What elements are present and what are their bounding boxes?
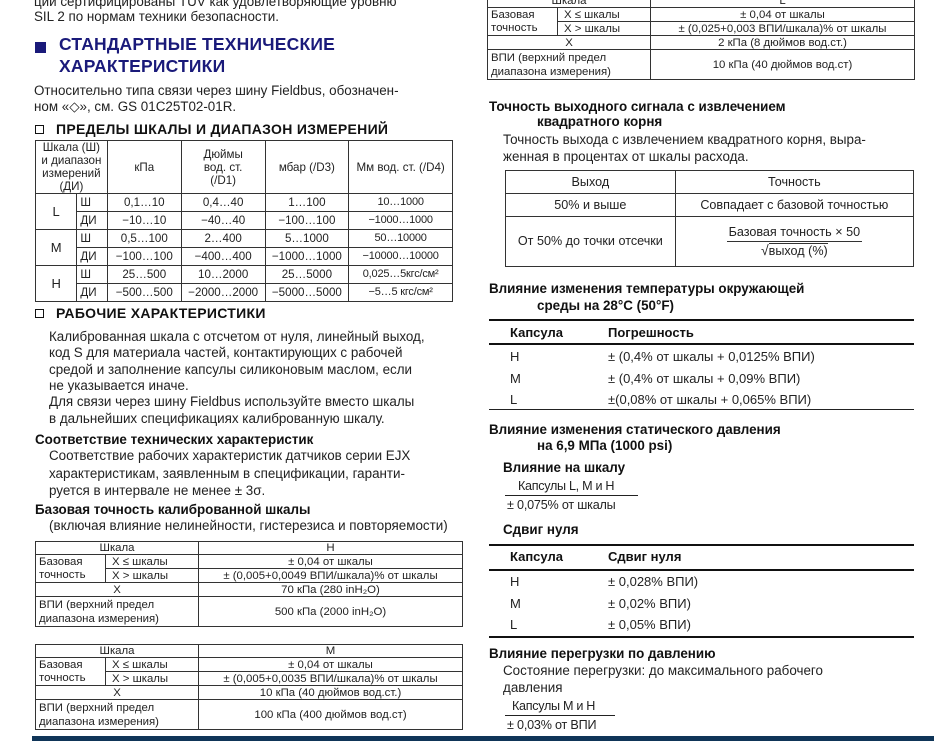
base-accuracy-label: Базовая точность: [488, 8, 558, 36]
inh2o-cell: −2000…2000: [181, 284, 265, 302]
table-row: ДИ−10…10−40…40−100…100−1000…1000: [36, 212, 453, 230]
performance-line: в дальнейших спецификациях калиброванную…: [49, 411, 385, 427]
range-table: Шкала (Ш) и диапазон измерений (ДИ) кПа …: [35, 140, 453, 302]
kpa-cell: −10…10: [107, 212, 181, 230]
capsule-header: M: [199, 645, 463, 658]
x-gt-label: X > шкалы: [558, 22, 651, 36]
inh2o-cell: 10…2000: [181, 266, 265, 284]
url-value: 10 кПа (40 дюймов вод.ст): [651, 50, 915, 80]
mbar-cell: −1000…1000: [265, 248, 349, 266]
row-capsule: H: [510, 574, 519, 590]
row-value: ± 0,02% ВПИ): [608, 596, 691, 612]
range-section-title: ПРЕДЕЛЫ ШКАЛЫ И ДИАПАЗОН ИЗМЕРЕНИЙ: [56, 121, 388, 137]
fieldbus-note-line-2: ном «◇», см. GS 01C25T02-01R.: [34, 99, 236, 115]
table-row: ВПИ (верхний предел диапазона измерения)…: [36, 597, 463, 627]
row-value: ±(0,08% от шкалы + 0,065% ВПИ): [608, 392, 811, 408]
kpa-cell: 25…500: [107, 266, 181, 284]
inh2o-cell: 2…400: [181, 230, 265, 248]
inh2o-cell: 0,4…40: [181, 194, 265, 212]
table-row: ДИ−500…500−2000…2000−5000…5000−5…5 кгс/с…: [36, 284, 453, 302]
mmh2o-cell: 0,025…5кгс/см²: [349, 266, 453, 284]
performance-line: средой и заполнение капсулы силиконовым …: [49, 362, 412, 378]
x-gt-label: X > шкалы: [106, 672, 199, 686]
mbar-cell: 25…5000: [265, 266, 349, 284]
scale-label: Шкала: [36, 645, 199, 658]
fieldbus-note-line-1: Относительно типа связи через шину Field…: [34, 83, 399, 99]
mmh2o-cell: 50…10000: [349, 230, 453, 248]
capsule-cell: L: [36, 194, 77, 230]
table-row: X70 кПа (280 inH₂O): [36, 583, 463, 597]
section-title-line-2: ХАРАКТЕРИСТИКИ: [59, 56, 225, 77]
accuracy-table-h-wrap: ШкалаHБазовая точностьX ≤ шкалы± 0,04 от…: [35, 541, 463, 627]
x-label: X: [36, 583, 199, 597]
output-cell: 50% и выше: [506, 194, 676, 217]
span-effect-value: ± 0,075% от шкалы: [507, 497, 616, 513]
x-le-label: X ≤ шкалы: [106, 658, 199, 672]
row-capsule: L: [510, 617, 517, 633]
range-section-heading: ПРЕДЕЛЫ ШКАЛЫ И ДИАПАЗОН ИЗМЕРЕНИЙ: [35, 121, 388, 138]
accuracy-table-m: ШкалаMБазовая точностьX ≤ шкалы± 0,04 от…: [35, 644, 463, 730]
header-accuracy: Точность: [675, 171, 913, 194]
type-cell: Ш: [77, 230, 107, 248]
header-inh2o: Дюймы вод. ст. (/D1): [181, 141, 265, 194]
kpa-cell: −100…100: [107, 248, 181, 266]
base-accuracy-title: Базовая точность калиброванной шкалы: [35, 502, 310, 518]
temperature-title-line-1: Влияние изменения температуры окружающей: [489, 281, 804, 297]
capsule-cell: H: [36, 266, 77, 302]
kpa-cell: −500…500: [107, 284, 181, 302]
temperature-header-error: Погрешность: [608, 325, 694, 341]
temperature-title-line-2: среды на 28°C (50°F): [537, 298, 674, 314]
formula-numerator: Базовая точность × 50: [727, 226, 863, 242]
conformance-line: руется в интервале не менее ± 3σ.: [49, 483, 265, 499]
conformance-line: характеристикам, заявленным в спецификац…: [49, 466, 405, 482]
x-value: 70 кПа (280 inH₂O): [199, 583, 463, 597]
accuracy-table-m-wrap: ШкалаMБазовая точностьX ≤ шкалы± 0,04 от…: [35, 644, 463, 730]
x-le-label: X ≤ шкалы: [558, 8, 651, 22]
table-rule: [489, 569, 914, 571]
performance-section-title: РАБОЧИЕ ХАРАКТЕРИСТИКИ: [56, 305, 266, 321]
span-effect-header: Капсулы L, M и H: [518, 478, 614, 494]
accuracy-table-l: ШкалаLБазовая точностьX ≤ шкалы± 0,04 от…: [487, 0, 915, 80]
section-title-line-1: СТАНДАРТНЫЕ ТЕХНИЧЕСКИЕ: [59, 34, 335, 55]
row-capsule: M: [510, 596, 521, 612]
mmh2o-cell: −1000…1000: [349, 212, 453, 230]
base-accuracy-label: Базовая точность: [36, 658, 106, 686]
zero-shift-title: Сдвиг нуля: [503, 522, 579, 538]
row-value: ± (0,4% от шкалы + 0,09% ВПИ): [608, 371, 800, 387]
checkbox-square-icon: [35, 125, 44, 134]
performance-line: Калиброванная шкала с отсчетом от нуля, …: [49, 329, 425, 345]
table-row: ШкалаL: [488, 0, 915, 8]
base-accuracy-label: Базовая точность: [36, 555, 106, 583]
zero-shift-header-value: Сдвиг нуля: [608, 549, 681, 565]
performance-line: не указывается иначе.: [49, 378, 189, 394]
performance-line: код S для материала частей, контактирующ…: [49, 345, 402, 361]
table-row: HШ25…50010…200025…50000,025…5кгс/см²: [36, 266, 453, 284]
formula-denominator: выход (%): [769, 243, 828, 258]
conformance-title: Соответствие технических характеристик: [35, 432, 313, 448]
url-label: ВПИ (верхний предел диапазона измерения): [36, 597, 199, 627]
mbar-cell: −100…100: [265, 212, 349, 230]
base-accuracy-subtitle: (включая влияние нелинейности, гистерези…: [49, 518, 448, 534]
type-cell: Ш: [77, 194, 107, 212]
overpressure-header: Капсулы M и H: [512, 698, 595, 714]
x-gt-label: X > шкалы: [106, 569, 199, 583]
overpressure-title: Влияние перегрузки по давлению: [489, 646, 716, 662]
table-rule: [489, 319, 914, 321]
fraction-line: [505, 495, 638, 496]
sqrt-accuracy-table: Выход Точность 50% и выше Совпадает с ба…: [505, 170, 914, 267]
x-gt-value: ± (0,025+0,003 ВПИ/шкала)% от шкалы: [651, 22, 915, 36]
static-title-line-2: на 6,9 МПа (1000 psi): [537, 438, 672, 454]
accuracy-formula-cell: Базовая точность × 50 √выход (%): [675, 217, 913, 267]
header-output: Выход: [506, 171, 676, 194]
url-label: ВПИ (верхний предел диапазона измерения): [36, 700, 199, 730]
sqrt-title-line-2: квадратного корня: [537, 114, 662, 130]
type-cell: ДИ: [77, 212, 107, 230]
mmh2o-cell: 10…1000: [349, 194, 453, 212]
span-effect-title: Влияние на шкалу: [503, 460, 625, 476]
header-mmh2o: Мм вод. ст. (/D4): [349, 141, 453, 194]
table-rule: [489, 343, 914, 345]
row-value: ± 0,05% ВПИ): [608, 617, 691, 633]
table-row: ВПИ (верхний предел диапазона измерения)…: [488, 50, 915, 80]
x-value: 2 кПа (8 дюймов вод.ст.): [651, 36, 915, 50]
x-gt-value: ± (0,005+0,0035 ВПИ/шкала)% от шкалы: [199, 672, 463, 686]
inh2o-cell: −40…40: [181, 212, 265, 230]
table-row: LШ0,1…100,4…401…10010…1000: [36, 194, 453, 212]
performance-line: Для связи через шину Fieldbus используйт…: [49, 394, 414, 410]
checkbox-square-icon: [35, 309, 44, 318]
output-cell: От 50% до точки отсечки: [506, 217, 676, 267]
sqrt-desc-line-1: Точность выхода с извлечением квадратног…: [503, 132, 866, 148]
x-le-value: ± 0,04 от шкалы: [199, 658, 463, 672]
table-row: MШ0,5…1002…4005…100050…10000: [36, 230, 453, 248]
row-capsule: L: [510, 392, 517, 408]
sqrt-icon: √: [761, 242, 769, 258]
section-bullet-icon: [35, 40, 46, 58]
table-row: Базовая точностьX ≤ шкалы± 0,04 от шкалы: [36, 555, 463, 569]
table-row: ВПИ (верхний предел диапазона измерения)…: [36, 700, 463, 730]
mbar-cell: 5…1000: [265, 230, 349, 248]
accuracy-cell: Совпадает с базовой точностью: [675, 194, 913, 217]
overpressure-desc-line-1: Состояние перегрузки: до максимального р…: [503, 663, 823, 679]
table-rule: [489, 544, 914, 546]
row-capsule: M: [510, 371, 521, 387]
mmh2o-cell: −10000…10000: [349, 248, 453, 266]
type-cell: Ш: [77, 266, 107, 284]
header-mbar: мбар (/D3): [265, 141, 349, 194]
scale-label: Шкала: [36, 542, 199, 555]
table-row: ДИ−100…100−400…400−1000…1000−10000…10000: [36, 248, 453, 266]
zero-shift-header-capsule: Капсула: [510, 549, 563, 565]
x-label: X: [36, 686, 199, 700]
intro-line-2: SIL 2 по нормам техники безопасности.: [34, 9, 279, 25]
x-le-label: X ≤ шкалы: [106, 555, 199, 569]
page-footer-band: [32, 736, 934, 741]
table-row: Базовая точностьX ≤ шкалы± 0,04 от шкалы: [36, 658, 463, 672]
url-label: ВПИ (верхний предел диапазона измерения): [488, 50, 651, 80]
kpa-cell: 0,1…10: [107, 194, 181, 212]
temperature-header-capsule: Капсула: [510, 325, 563, 341]
row-value: ± (0,4% от шкалы + 0,0125% ВПИ): [608, 349, 815, 365]
accuracy-table-l-wrap: ШкалаLБазовая точностьX ≤ шкалы± 0,04 от…: [487, 0, 915, 80]
table-rule: [489, 636, 914, 638]
accuracy-table-h: ШкалаHБазовая точностьX ≤ шкалы± 0,04 от…: [35, 541, 463, 627]
inh2o-cell: −400…400: [181, 248, 265, 266]
x-value: 10 кПа (40 дюймов вод.ст.): [199, 686, 463, 700]
capsule-header: H: [199, 542, 463, 555]
x-le-value: ± 0,04 от шкалы: [199, 555, 463, 569]
table-row: ШкалаM: [36, 645, 463, 658]
row-capsule: H: [510, 349, 519, 365]
mbar-cell: −5000…5000: [265, 284, 349, 302]
capsule-header: L: [651, 0, 915, 8]
performance-section-heading: РАБОЧИЕ ХАРАКТЕРИСТИКИ: [35, 305, 266, 322]
conformance-line: Соответствие рабочих характеристик датчи…: [49, 448, 410, 464]
scale-label: Шкала: [488, 0, 651, 8]
static-title-line-1: Влияние изменения статического давления: [489, 422, 781, 438]
header-scale-range: Шкала (Ш) и диапазон измерений (ДИ): [36, 141, 108, 194]
sqrt-title-line-1: Точность выходного сигнала с извлечением: [489, 99, 786, 115]
x-le-value: ± 0,04 от шкалы: [651, 8, 915, 22]
sqrt-desc-line-2: женная в процентах от шкалы расхода.: [503, 149, 749, 165]
row-value: ± 0,028% ВПИ): [608, 574, 698, 590]
x-gt-value: ± (0,005+0,0049 ВПИ/шкала)% от шкалы: [199, 569, 463, 583]
header-kpa: кПа: [107, 141, 181, 194]
url-value: 100 кПа (400 дюймов вод.ст): [199, 700, 463, 730]
table-row: ШкалаH: [36, 542, 463, 555]
table-rule: [489, 409, 914, 410]
fraction-line: [505, 715, 615, 716]
url-value: 500 кПа (2000 inH₂O): [199, 597, 463, 627]
capsule-cell: M: [36, 230, 77, 266]
kpa-cell: 0,5…100: [107, 230, 181, 248]
overpressure-value: ± 0,03% от ВПИ: [507, 717, 596, 733]
table-row: X10 кПа (40 дюймов вод.ст.): [36, 686, 463, 700]
type-cell: ДИ: [77, 248, 107, 266]
mbar-cell: 1…100: [265, 194, 349, 212]
table-row: Базовая точностьX ≤ шкалы± 0,04 от шкалы: [488, 8, 915, 22]
mmh2o-cell: −5…5 кгс/см²: [349, 284, 453, 302]
type-cell: ДИ: [77, 284, 107, 302]
x-label: X: [488, 36, 651, 50]
table-row: X2 кПа (8 дюймов вод.ст.): [488, 36, 915, 50]
overpressure-desc-line-2: давления: [503, 680, 562, 696]
